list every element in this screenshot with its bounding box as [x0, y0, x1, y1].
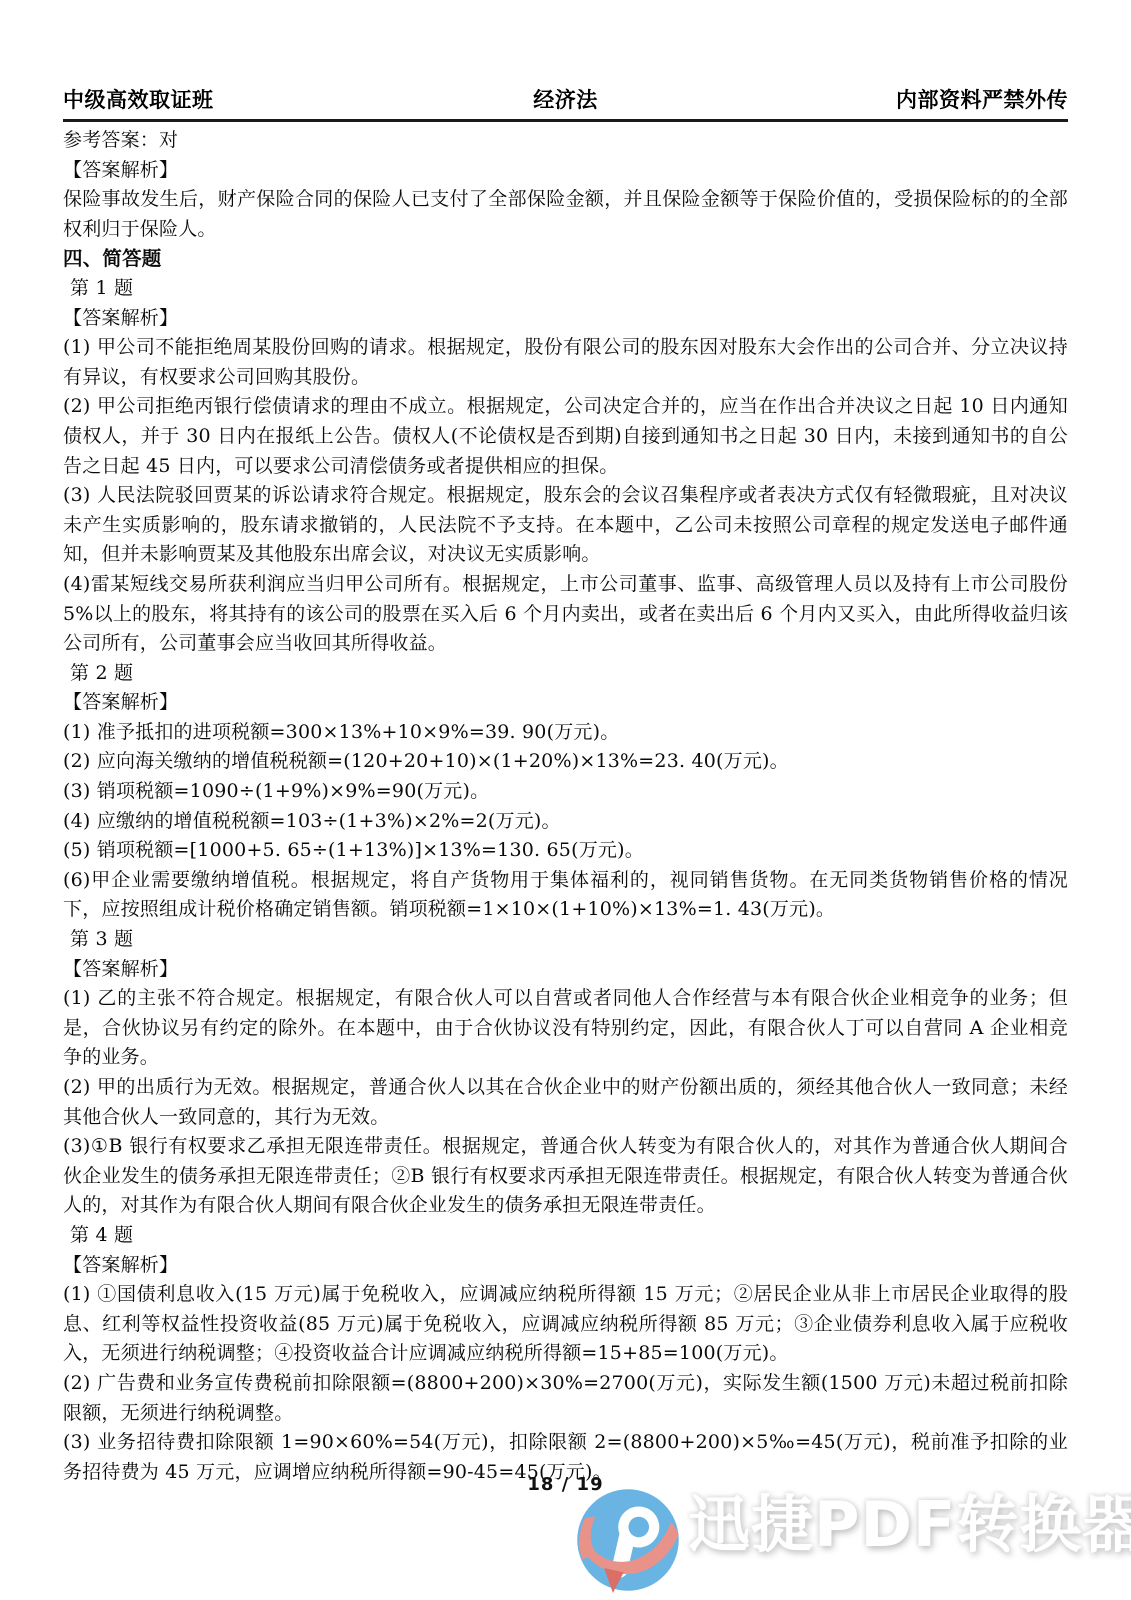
body-paragraph: (1) 准予抵扣的进项税额=300×13%+10×9%=39. 90(万元)。 [63, 718, 1068, 748]
header-confidential-notice: 内部资料严禁外传 [733, 84, 1068, 114]
body-paragraph: (4)雷某短线交易所获利润应当归甲公司所有。根据规定，上市公司董事、监事、高级管… [63, 570, 1068, 659]
body-paragraph: 参考答案：对 [63, 126, 1068, 156]
body-paragraph: (2) 甲公司拒绝丙银行偿债请求的理由不成立。根据规定，公司决定合并的，应当在作… [63, 392, 1068, 481]
body-paragraph: 保险事故发生后，财产保险合同的保险人已支付了全部保险金额，并且保险金额等于保险价… [63, 185, 1068, 244]
question-label: 第 1 题 [63, 274, 1068, 304]
analysis-label: 【答案解析】 [63, 1251, 1068, 1281]
document-body: 参考答案：对【答案解析】保险事故发生后，财产保险合同的保险人已支付了全部保险金额… [63, 126, 1068, 1487]
question-label: 第 2 题 [63, 659, 1068, 689]
analysis-label: 【答案解析】 [63, 304, 1068, 334]
document-page: 中级高效取证班 经济法 内部资料严禁外传 参考答案：对【答案解析】保险事故发生后… [0, 0, 1131, 1600]
body-paragraph: (5) 销项税额=[1000+5. 65÷(1+13%)]×13%=130. 6… [63, 836, 1068, 866]
question-label: 第 4 题 [63, 1221, 1068, 1251]
body-paragraph: (3) 人民法院驳回贾某的诉讼请求符合规定。根据规定，股东会的会议召集程序或者表… [63, 481, 1068, 570]
body-paragraph: (3)①B 银行有权要求乙承担无限连带责任。根据规定，普通合伙人转变为有限合伙人… [63, 1132, 1068, 1221]
body-paragraph: (2) 应向海关缴纳的增值税税额=(120+20+10)×(1+20%)×13%… [63, 747, 1068, 777]
body-paragraph: (4) 应缴纳的增值税税额=103÷(1+3%)×2%=2(万元)。 [63, 807, 1068, 837]
header-subject-title: 经济法 [398, 84, 733, 114]
body-paragraph: (1) 乙的主张不符合规定。根据规定，有限合伙人可以自营或者同他人合作经营与本有… [63, 984, 1068, 1073]
analysis-label: 【答案解析】 [63, 156, 1068, 186]
body-paragraph: (2) 广告费和业务宣传费税前扣除限额=(8800+200)×30%=2700(… [63, 1369, 1068, 1428]
watermark-text: 迅捷PDF转换器 [688, 1494, 1131, 1556]
header-course-title: 中级高效取证班 [63, 84, 398, 114]
page-header: 中级高效取证班 经济法 内部资料严禁外传 [63, 84, 1068, 122]
watermark: 迅捷PDF转换器 [574, 1486, 1131, 1594]
body-paragraph: (2) 甲的出质行为无效。根据规定，普通合伙人以其在合伙企业中的财产份额出质的，… [63, 1073, 1068, 1132]
body-paragraph: (1) ①国债利息收入(15 万元)属于免税收入，应调减应纳税所得额 15 万元… [63, 1280, 1068, 1369]
question-label: 第 3 题 [63, 925, 1068, 955]
analysis-label: 【答案解析】 [63, 955, 1068, 985]
body-paragraph: (6)甲企业需要缴纳增值税。根据规定，将自产货物用于集体福利的，视同销售货物。在… [63, 866, 1068, 925]
xunjie-pdf-converter-logo-icon [574, 1486, 682, 1594]
body-paragraph: (1) 甲公司不能拒绝周某股份回购的请求。根据规定，股份有限公司的股东因对股东大… [63, 333, 1068, 392]
analysis-label: 【答案解析】 [63, 688, 1068, 718]
page-number: 18 / 19 [0, 1474, 1131, 1495]
section-heading: 四、简答题 [63, 244, 1068, 274]
body-paragraph: (3) 销项税额=1090÷(1+9%)×9%=90(万元)。 [63, 777, 1068, 807]
